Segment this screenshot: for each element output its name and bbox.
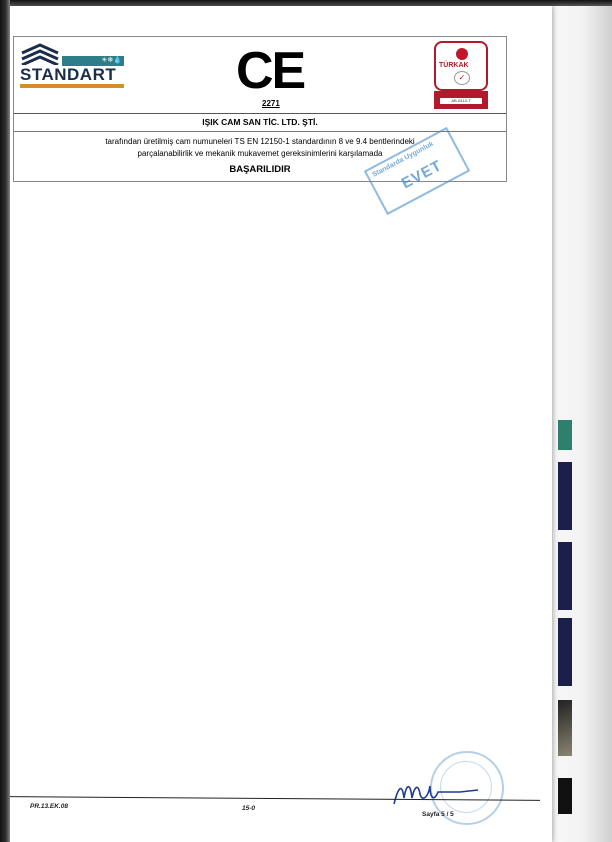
underlying-teal-block [558, 420, 572, 450]
divider [14, 131, 506, 132]
document-page: ☀❄💧 STANDART CE 2271 TÜRKAK ✓ AB-0413-T … [10, 6, 552, 842]
footer-form-code: PR.13.EK.08 [30, 803, 68, 810]
signature [390, 768, 480, 808]
turkak-accreditation-band: AB-0413-T [434, 91, 488, 109]
ce-mark: CE [236, 45, 304, 97]
scan-edge-left [0, 0, 10, 842]
ce-notified-body-number: 2271 [262, 99, 280, 108]
standart-logo: ☀❄💧 STANDART [20, 43, 124, 87]
standart-logo-text: STANDART [20, 65, 116, 85]
turkak-logo-text: TÜRKAK [439, 62, 469, 69]
underlying-navy-block [558, 542, 572, 610]
turkak-accreditation-code: AB-0413-T [440, 98, 482, 104]
company-name: IŞIK CAM SAN TİC. LTD. ŞTİ. [14, 117, 506, 127]
crescent-icon [456, 48, 468, 60]
underlying-black-block [558, 778, 572, 814]
footer-revision: 15-0 [242, 805, 255, 812]
standart-logo-underline [20, 84, 124, 88]
check-icon: ✓ [454, 71, 470, 85]
underlying-navy-block [558, 462, 572, 530]
footer-page-number: Sayfa 5 / 5 [422, 811, 454, 818]
building-roof-icon [20, 43, 60, 65]
logo-row: ☀❄💧 STANDART CE 2271 TÜRKAK ✓ AB-0413-T [14, 37, 506, 114]
stamp-main-text: EVET [399, 157, 445, 192]
underlying-photo-block [558, 700, 572, 756]
turkak-logo: TÜRKAK ✓ AB-0413-T [434, 41, 486, 109]
underlying-navy-block [558, 618, 572, 686]
